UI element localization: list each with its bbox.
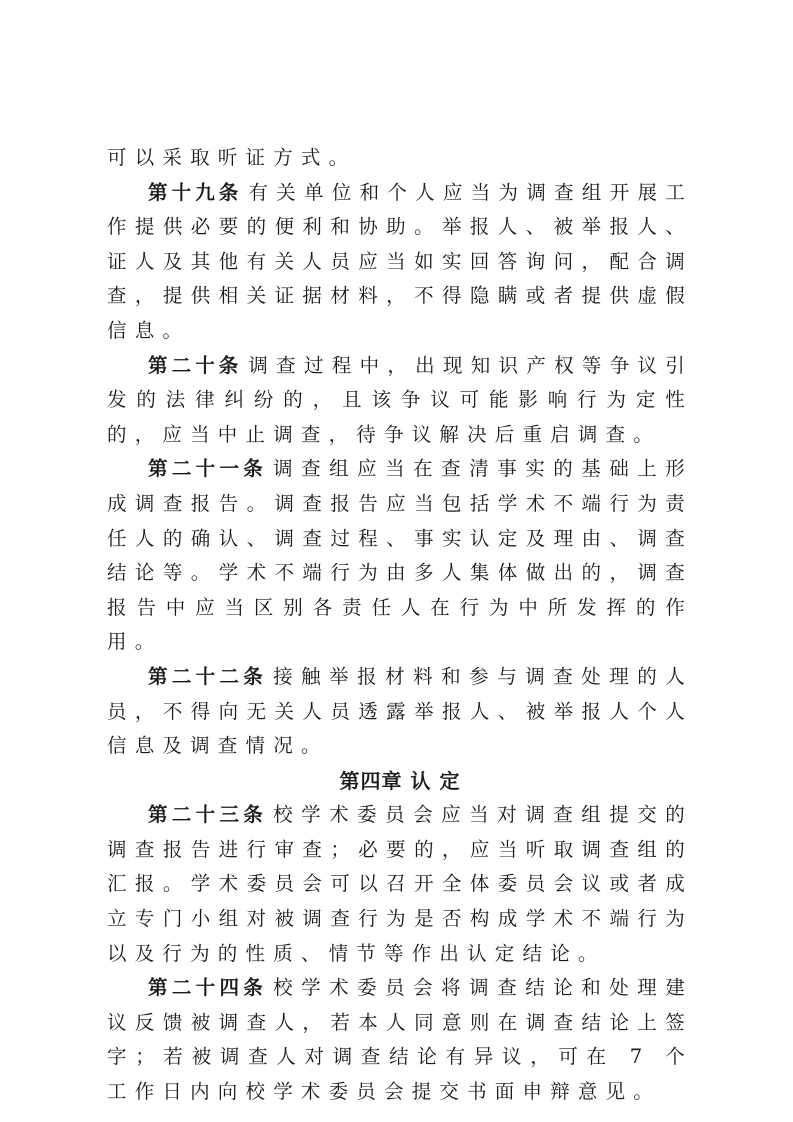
article-label: 第二十三条 — [148, 803, 267, 826]
paragraph-continuation: 可以采取听证方式。 — [107, 141, 693, 176]
article-text: 有关单位和个人应当为调查组开展工作提供必要的便利和协助。举报人、被举报人、证人及… — [107, 181, 693, 342]
article-21: 第二十一条调查组应当在查清事实的基础上形成调查报告。调查报告应当包括学术不端行为… — [107, 452, 693, 660]
article-22: 第二十二条接触举报材料和参与调查处理的人员，不得向无关人员透露举报人、被举报人个… — [107, 660, 693, 764]
article-label: 第二十条 — [148, 354, 242, 377]
document-page: 可以采取听证方式。 第十九条有关单位和个人应当为调查组开展工作提供必要的便利和协… — [107, 141, 693, 1110]
article-label: 第十九条 — [148, 181, 242, 204]
article-label: 第二十四条 — [148, 976, 267, 999]
article-19: 第十九条有关单位和个人应当为调查组开展工作提供必要的便利和协助。举报人、被举报人… — [107, 176, 693, 349]
article-20: 第二十条调查过程中，出现知识产权等争议引发的法律纠纷的，且该争议可能影响行为定性… — [107, 349, 693, 453]
article-label: 第二十一条 — [148, 457, 267, 480]
article-23: 第二十三条校学术委员会应当对调查组提交的调查报告进行审查；必要的，应当听取调查组… — [107, 798, 693, 971]
article-24: 第二十四条校学术委员会将调查结论和处理建议反馈被调查人，若本人同意则在调查结论上… — [107, 971, 693, 1109]
paragraph-text: 可以采取听证方式。 — [107, 146, 356, 169]
article-label: 第二十二条 — [148, 665, 267, 688]
chapter-heading: 第四章 认 定 — [107, 764, 693, 799]
article-text: 校学术委员会应当对调查组提交的调查报告进行审查；必要的，应当听取调查组的汇报。学… — [107, 803, 693, 964]
article-text: 调查组应当在查清事实的基础上形成调查报告。调查报告应当包括学术不端行为责任人的确… — [107, 457, 693, 653]
